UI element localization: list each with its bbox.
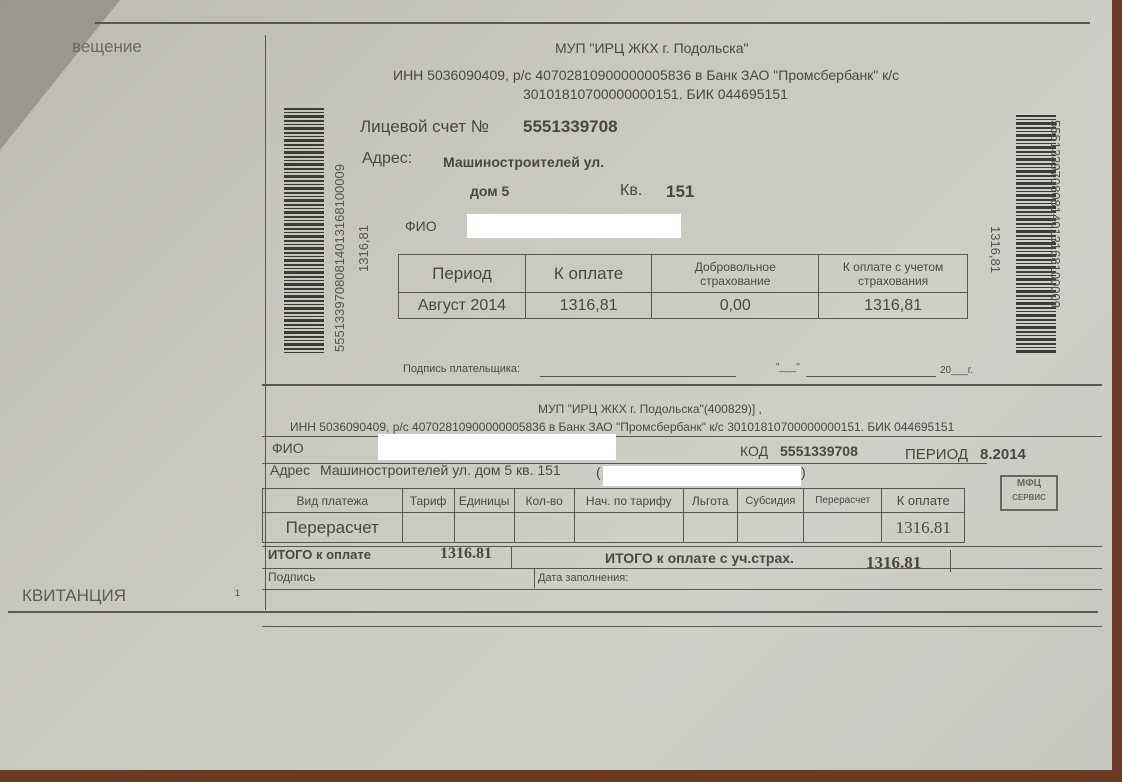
cell-units [454,513,514,543]
payer-signature-label: Подпись плательщика: [403,363,520,375]
receipt-signature-label: Подпись [268,570,316,584]
page-marker: 1 [235,588,240,598]
bottom-border [8,611,1098,613]
totals-divider [511,546,512,568]
cell-payment-type: Перерасчет [263,513,403,543]
address-house: дом 5 [470,183,509,199]
bottom-border-2 [262,626,1102,627]
receipt-bank-line: ИНН 5036090409, р/с 40702810900000005836… [290,420,954,434]
barcode-right-digits: 5551339708081401316810000​9 [1048,120,1063,308]
table-row: Август 2014 1316,81 0,00 1316,81 [399,293,968,319]
header-tariff-charge: Нач. по тарифу [574,489,683,513]
receipt-redacted-name [378,434,616,460]
paren-open: ( [596,464,601,480]
apt-label: Кв. [620,182,642,200]
cell-benefit [683,513,737,543]
cell-amount: 1316,81 [525,293,652,319]
logo-top-text: МФЦ [1002,477,1056,491]
top-border [95,22,1090,24]
header-amount-with-insurance: К оплате с учетом страхования [819,255,968,293]
section-divider [262,384,1102,386]
receipt-charges-table: Вид платежа Тариф Единицы Кол-во Нач. по… [262,488,965,543]
notice-title: вещение [72,37,142,57]
header-quantity: Кол-во [514,489,574,513]
notice-bank-line-1: ИНН 5036090409, р/с 40702810900000005836… [393,67,899,83]
notice-org-name: МУП "ИРЦ ЖКХ г. Подольска" [555,40,748,56]
signature-divider [534,568,535,588]
redacted-name [467,214,681,238]
receipt-org-name: МУП "ИРЦ ЖКХ г. Подольска"(400829)] , [538,402,762,416]
period-value: 8.2014 [980,446,1026,463]
logo-bottom-text: СЕРВИС [1002,491,1056,505]
header-tariff: Тариф [402,489,454,513]
cell-to-pay: 1316.81 [882,513,965,543]
fio-label: ФИО [405,218,437,234]
cell-tariff-charge [574,513,683,543]
payer-signature-line[interactable] [540,376,736,377]
barcode-right-amount: 1316,81 [988,226,1003,273]
receipt-redacted-phone [603,466,801,486]
notice-amount-table: Период К оплате Добровольное страхование… [398,254,968,319]
cell-insurance: 0,00 [652,293,819,319]
total-value: 1316.81 [440,545,492,563]
signature-bottom-line[interactable] [262,589,1102,590]
signature-top-line [262,568,1102,569]
cell-amount-with-insurance: 1316,81 [819,293,968,319]
code-value: 5551339708 [780,443,858,459]
apt-number: 151 [666,182,694,202]
total-label: ИТОГО к оплате [268,547,371,562]
cell-recalc [803,513,881,543]
paren-close: ) [801,464,806,480]
header-period: Период [399,255,526,293]
fill-date-label: Дата заполнения: [538,572,628,584]
date-day-field[interactable]: "___" [776,362,800,373]
barcode-left-digits: 5551339708081401316810000​9 [332,164,347,352]
code-label: КОД [740,443,768,459]
notice-bank-line-2: 30101810700000000151. БИК 044695151 [523,86,788,102]
barcode-left [284,108,324,353]
account-number: 5551339708 [523,117,618,137]
header-amount: К оплате [525,255,652,293]
totals-top-line [262,546,1102,547]
total-ins-value: 1316.81 [866,553,921,573]
total-ins-label: ИТОГО к оплате с уч.страх. [605,550,794,566]
receipt-address-label: Адрес [270,462,310,478]
receipt-address-value: Машиностроителей ул. дом 5 кв. 151 [320,462,561,478]
receipt-fio-label: ФИО [272,440,304,456]
mfc-logo: МФЦ СЕРВИС [1000,475,1058,511]
receipt-title: КВИТАНЦИЯ [22,586,126,606]
cell-period: Август 2014 [399,293,526,319]
date-month-line[interactable] [806,376,936,377]
cell-subsidy [737,513,803,543]
account-label: Лицевой счет № [360,117,489,137]
date-year-field[interactable]: 20___г. [940,365,973,376]
header-units: Единицы [454,489,514,513]
cell-tariff [402,513,454,543]
receipt-paper: вещение КВИТАНЦИЯ 1 МУП "ИРЦ ЖКХ г. Подо… [0,0,1112,770]
header-benefit: Льгота [683,489,737,513]
header-to-pay: К оплате [882,489,965,513]
barcode-left-amount: 1316,81 [356,225,371,272]
table-row: Перерасчет 1316.81 [263,513,965,543]
header-recalc: Перерасчет [803,489,881,513]
header-insurance: Добровольное страхование [652,255,819,293]
header-payment-type: Вид платежа [263,489,403,513]
cell-quantity [514,513,574,543]
header-subsidy: Субсидия [737,489,803,513]
address-label: Адрес: [362,150,412,168]
period-label: ПЕРИОД [905,446,968,463]
address-street: Машиностроителей ул. [443,154,604,170]
